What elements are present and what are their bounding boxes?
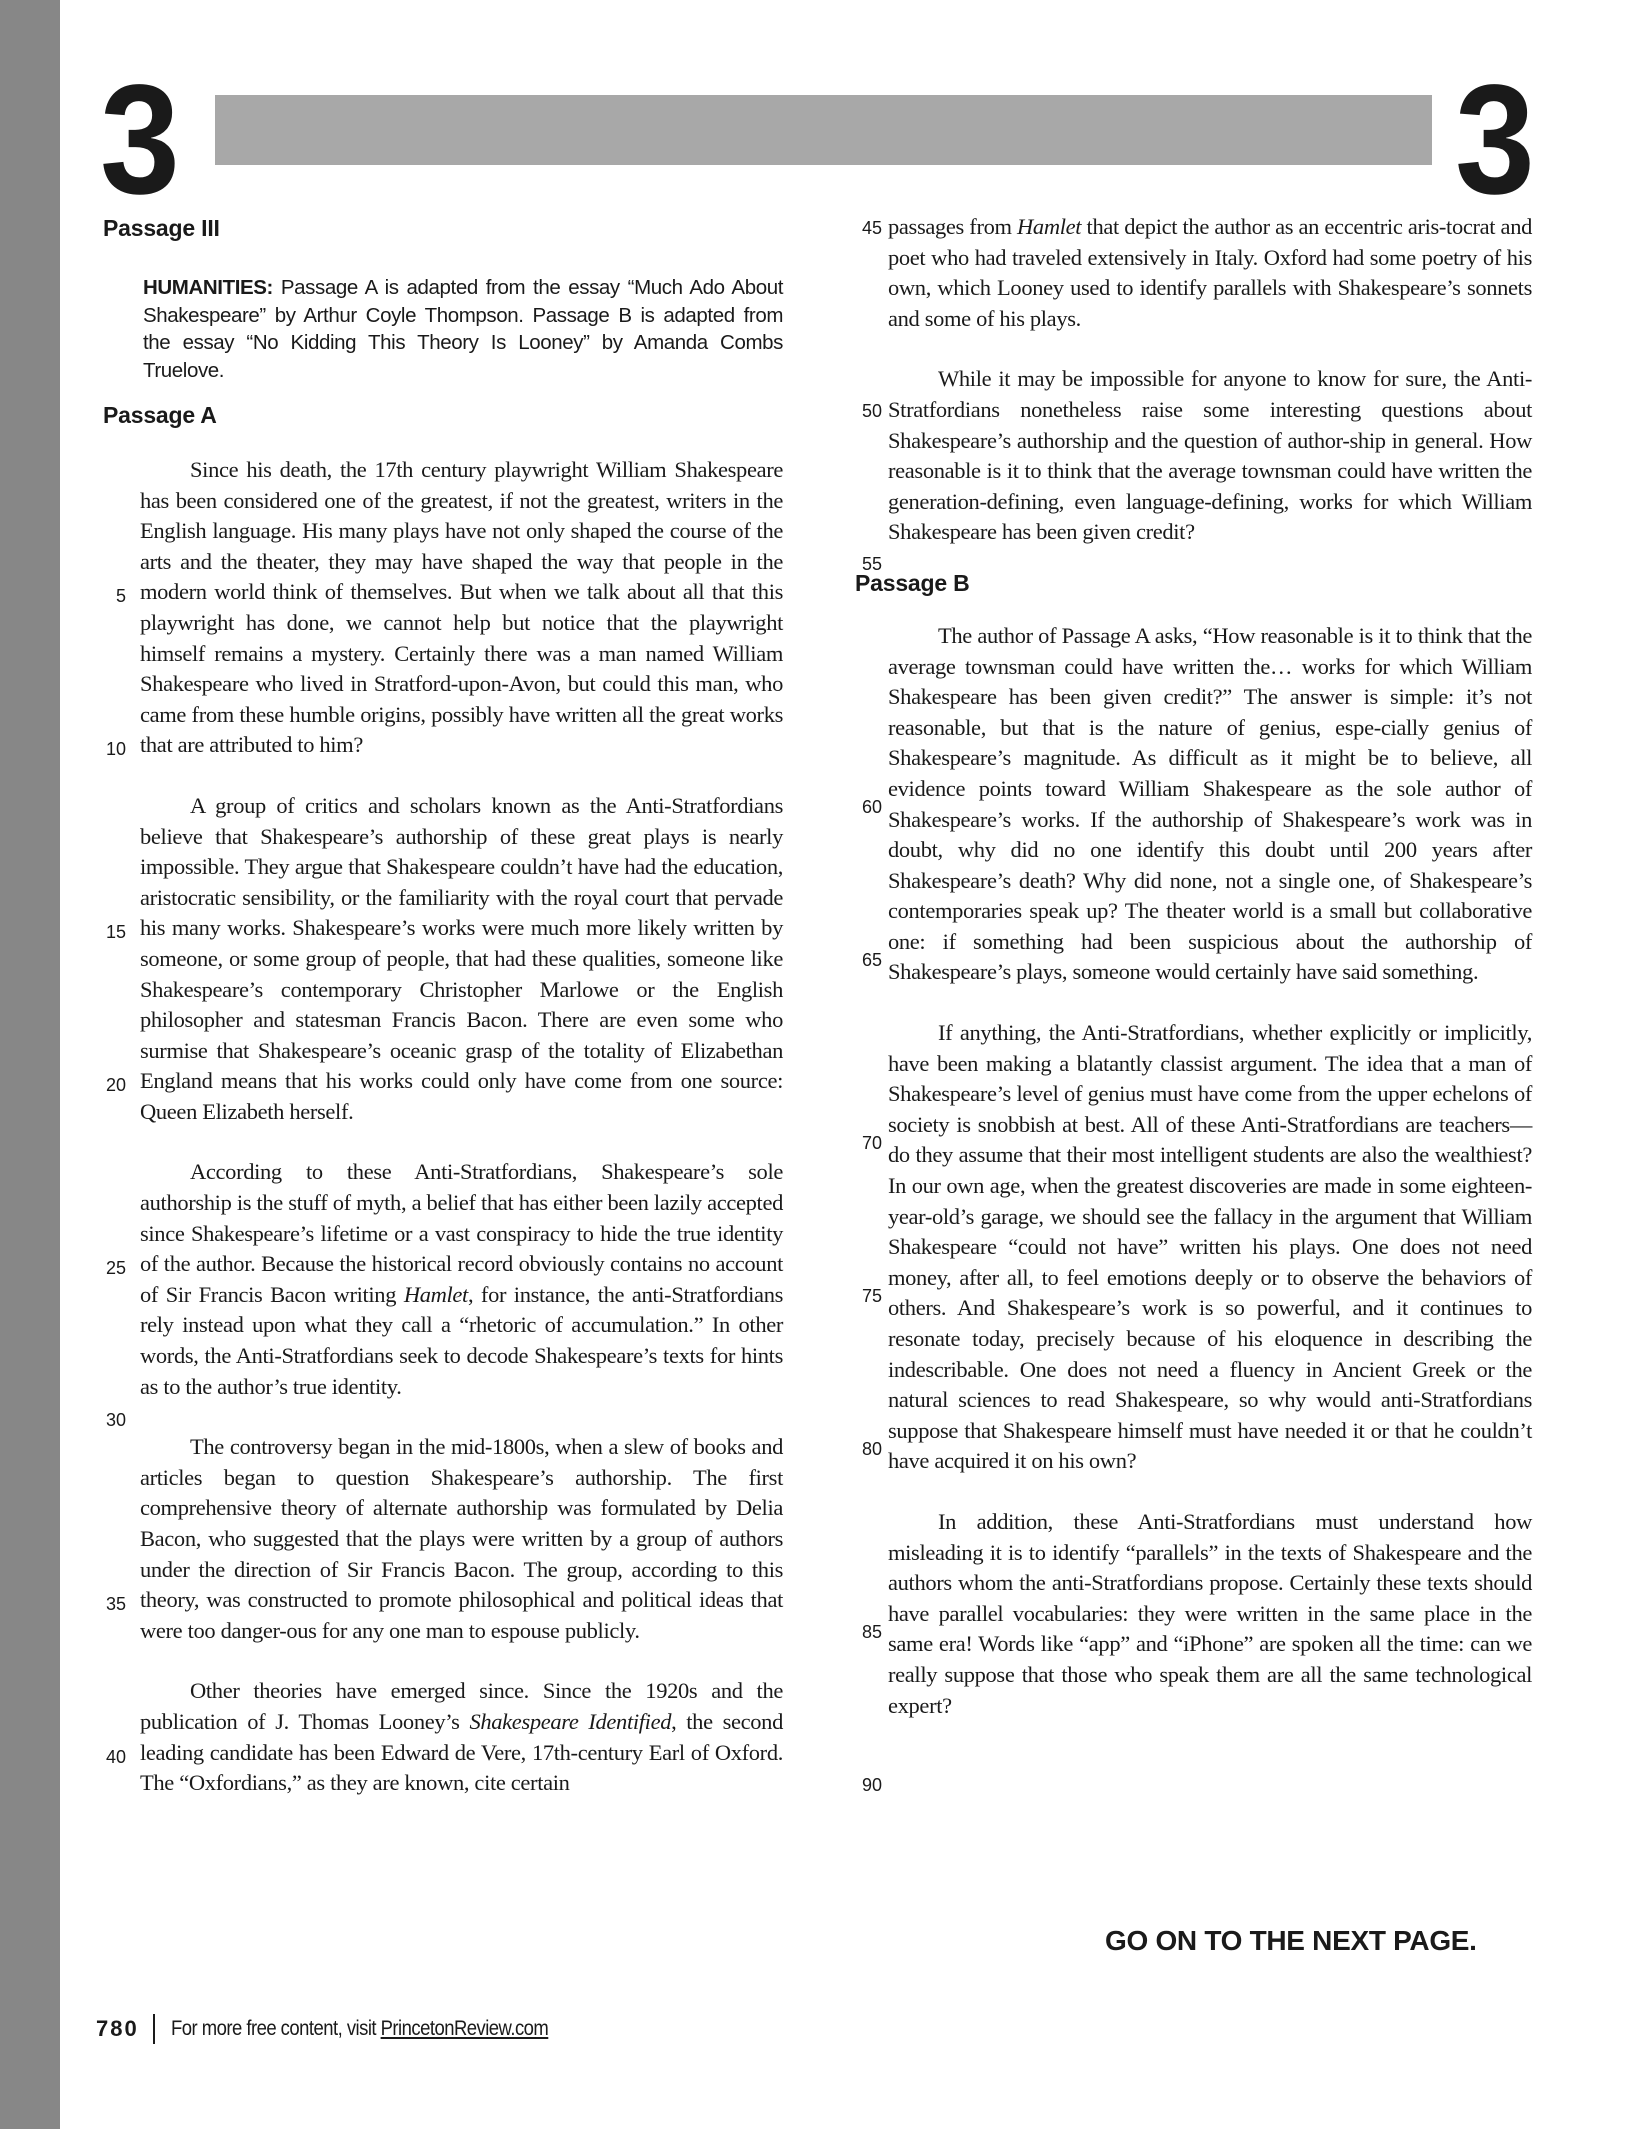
page-footer: 780 For more free content, visit Princet…	[96, 2014, 599, 2044]
line-number: 90	[852, 1775, 882, 1796]
line-number: 65	[852, 950, 882, 971]
line-number: 5	[96, 586, 126, 607]
line-number: 75	[852, 1286, 882, 1307]
princeton-review-link[interactable]: PrincetonReview.com	[380, 2017, 548, 2040]
passage-a-paragraph-3: According to these Anti-Stratfordians, S…	[140, 1157, 783, 1402]
passage-a-paragraph-1: Since his death, the 17th century playwr…	[140, 455, 783, 761]
line-number: 35	[96, 1594, 126, 1615]
intro-label: HUMANITIES:	[143, 276, 273, 299]
line-number: 10	[96, 739, 126, 760]
passage-b-title: Passage B	[855, 570, 1555, 597]
passage-a-paragraph-4: The controversy began in the mid-1800s, …	[140, 1432, 783, 1646]
passage-a-body: Since his death, the 17th century playwr…	[140, 455, 783, 1799]
passage-a-paragraph-6: While it may be impossible for anyone to…	[888, 364, 1532, 548]
line-number: 50	[852, 401, 882, 422]
line-number: 55	[852, 554, 882, 575]
line-number: 30	[96, 1410, 126, 1431]
passage-a-paragraph-5-cont: passages from Hamlet that depict the aut…	[888, 212, 1532, 334]
section-number-right: 3	[1455, 62, 1531, 218]
section-number-left: 3	[100, 62, 176, 218]
line-number: 25	[96, 1258, 126, 1279]
right-column: passages from Hamlet that depict the aut…	[855, 212, 1555, 1721]
line-number: 60	[852, 797, 882, 818]
passage-b-paragraph-2: If anything, the Anti-Stratfordians, whe…	[888, 1018, 1532, 1477]
passage-a-title: Passage A	[103, 402, 800, 429]
passage-a-continued: passages from Hamlet that depict the aut…	[888, 212, 1532, 548]
passage-title: Passage III	[103, 215, 800, 242]
page-number: 780	[96, 2016, 139, 2042]
line-number: 80	[852, 1439, 882, 1460]
line-number: 20	[96, 1075, 126, 1096]
line-number: 15	[96, 922, 126, 943]
passage-intro: HUMANITIES: Passage A is adapted from th…	[143, 274, 783, 384]
left-column: Passage III HUMANITIES: Passage A is ada…	[100, 215, 800, 1799]
passage-b-paragraph-1: The author of Passage A asks, “How reaso…	[888, 621, 1532, 988]
line-number: 45	[852, 218, 882, 239]
footer-text: For more free content, visit PrincetonRe…	[171, 2017, 548, 2041]
footer-divider	[153, 2014, 155, 2044]
section-header-bar	[215, 95, 1432, 165]
passage-b-body: The author of Passage A asks, “How reaso…	[888, 621, 1532, 1721]
passage-a-paragraph-2: A group of critics and scholars known as…	[140, 791, 783, 1128]
line-number: 85	[852, 1622, 882, 1643]
line-number: 40	[96, 1747, 126, 1768]
passage-b-paragraph-3: In addition, these Anti-Stratfordians mu…	[888, 1507, 1532, 1721]
go-on-next-page: GO ON TO THE NEXT PAGE.	[1105, 1925, 1477, 1957]
page-edge-strip	[0, 0, 60, 2129]
passage-a-paragraph-5: Other theories have emerged since. Since…	[140, 1676, 783, 1798]
line-number: 70	[852, 1133, 882, 1154]
